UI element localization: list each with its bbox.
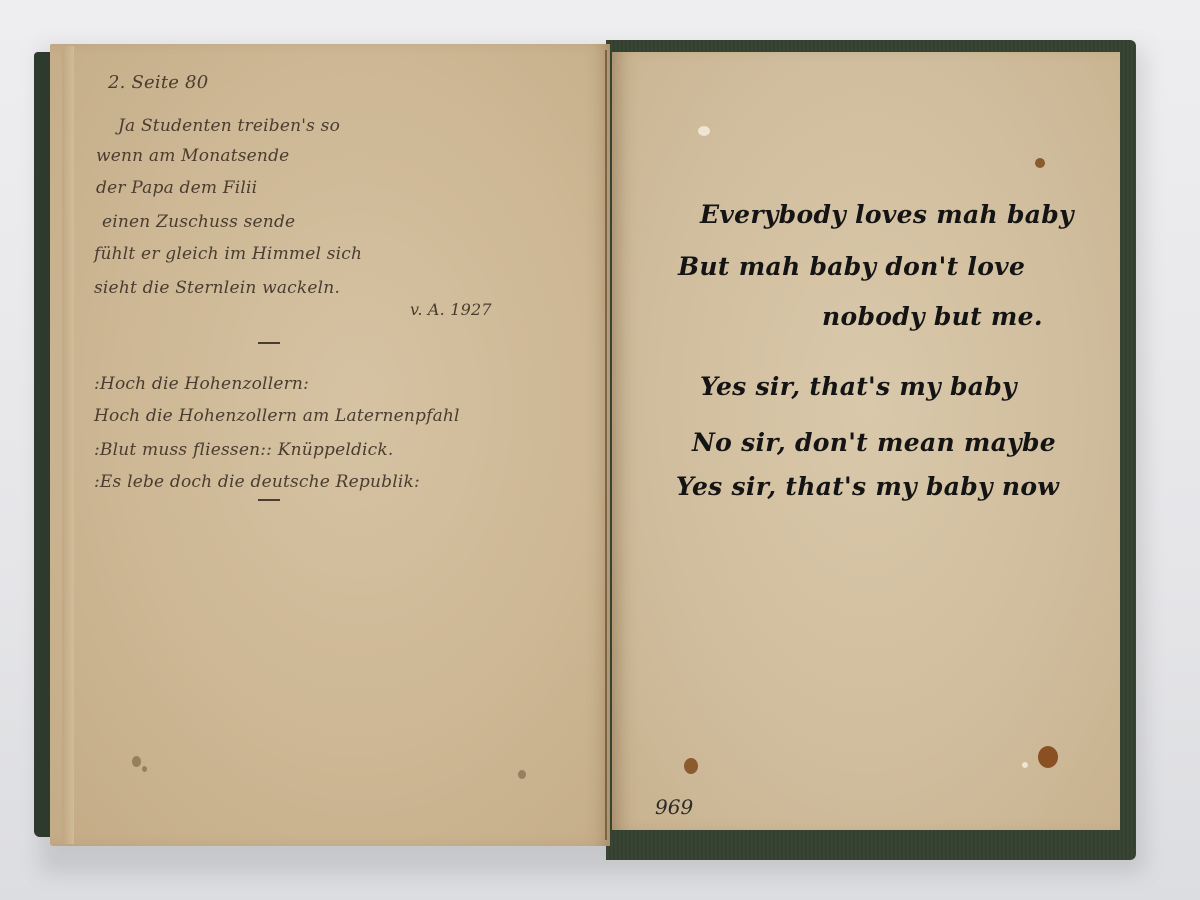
stain <box>1035 158 1045 168</box>
stain <box>1038 746 1058 768</box>
verse-1-line-3: der Papa dem Filii <box>96 178 257 198</box>
left-page: 2. Seite 80 Ja Studenten treiben's so we… <box>50 44 610 846</box>
shelf-number: 969 <box>655 795 693 819</box>
book-gutter <box>605 50 607 840</box>
end-divider <box>258 499 280 501</box>
verse-1-line-5: fühlt er gleich im Himmel sich <box>94 244 362 264</box>
paper-damage <box>698 126 710 136</box>
verse-2-line-3: :Blut muss fliessen:: Knüppeldick. <box>94 440 394 460</box>
verse-2-line-2: Hoch die Hohenzollern am Laternenpfahl <box>94 406 460 426</box>
right-page: Everybody loves mah baby But mah baby do… <box>612 52 1120 830</box>
stain <box>684 758 698 774</box>
lyric-line-3: nobody but me. <box>822 302 1043 331</box>
stain <box>132 756 141 767</box>
lyric-line-1: Everybody loves mah baby <box>700 200 1074 229</box>
stain <box>142 766 147 772</box>
stain <box>518 770 526 779</box>
verse-1-line-1: Ja Studenten treiben's so <box>118 116 340 136</box>
lyric-line-6: Yes sir, that's my baby now <box>676 472 1059 501</box>
signature-date: v. A. 1927 <box>410 300 492 319</box>
verse-1-line-4: einen Zuschuss sende <box>102 212 295 232</box>
page-edge <box>62 46 74 844</box>
verse-2-line-1: :Hoch die Hohenzollern: <box>94 374 309 394</box>
lyric-line-4: Yes sir, that's my baby <box>700 372 1017 401</box>
lyric-line-2: But mah baby don't love <box>678 252 1025 281</box>
verse-1-line-6: sieht die Sternlein wackeln. <box>94 278 340 298</box>
photo-scene: 2. Seite 80 Ja Studenten treiben's so we… <box>0 0 1200 900</box>
divider <box>258 342 280 344</box>
verse-1-line-2: wenn am Monatsende <box>96 146 289 166</box>
verse-2-line-4: :Es lebe doch die deutsche Republik: <box>94 472 420 492</box>
paper-damage <box>1022 762 1028 768</box>
lyric-line-5: No sir, don't mean maybe <box>692 428 1056 457</box>
page-header: 2. Seite 80 <box>108 72 208 93</box>
